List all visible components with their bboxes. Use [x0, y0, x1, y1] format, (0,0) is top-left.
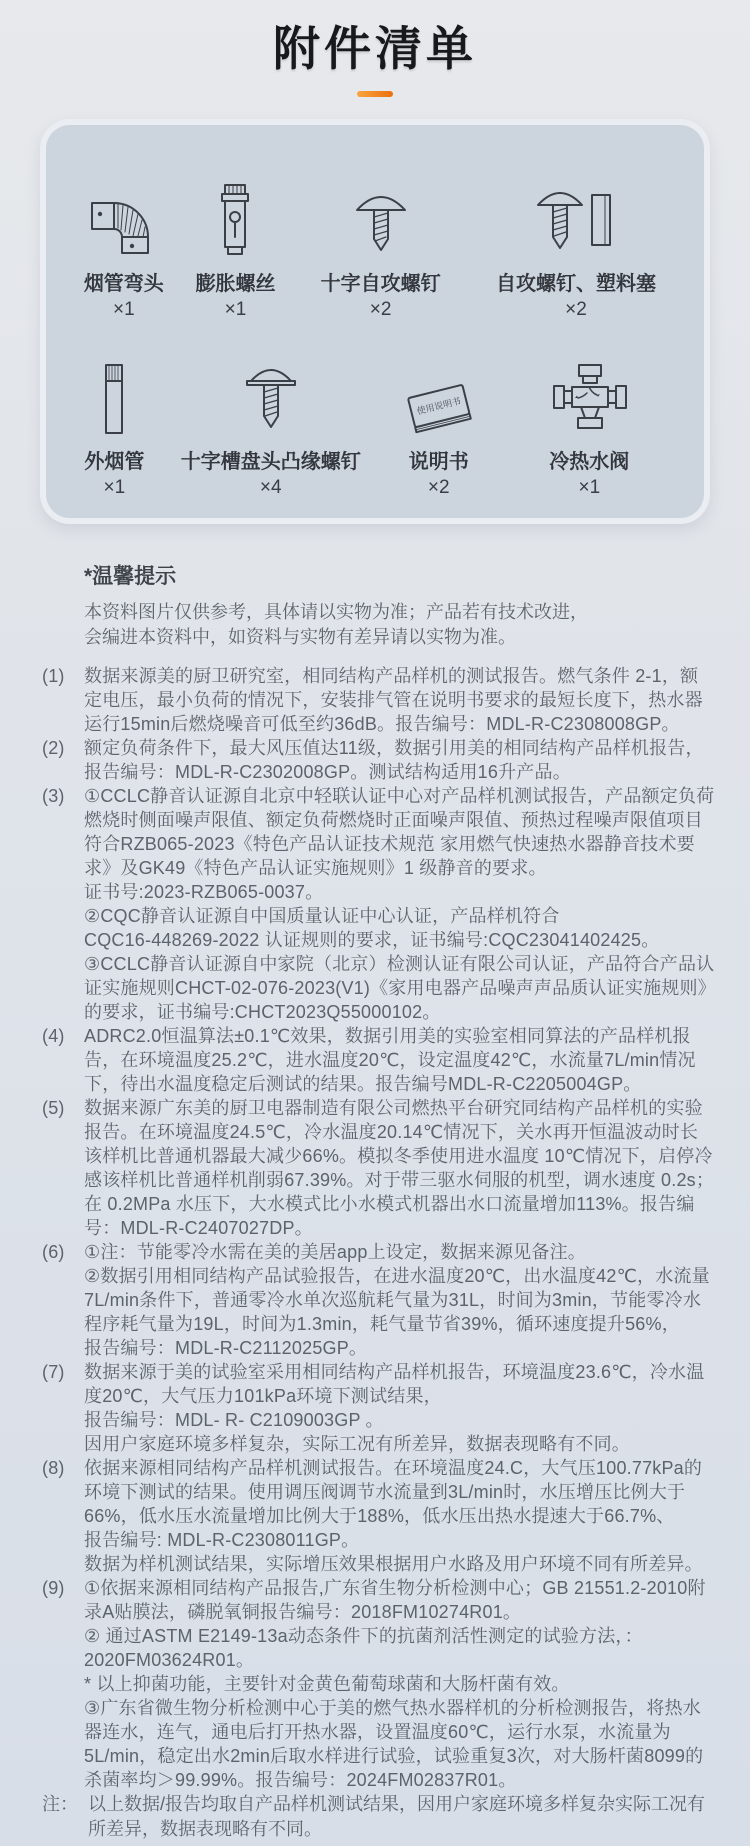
notes-list: (1) 数据来源美的厨卫研究室，相同结构产品样机的测试报告。燃气条件 2-1，额… — [42, 664, 716, 1792]
accessory-self-tapping-screw: 十字自攻螺钉 ×2 — [291, 163, 470, 323]
accessory-elbow-pipe: 烟管弯头 ×1 — [68, 163, 180, 323]
note-text: ①依据来源相同结构产品报告,广东省生物分析检测中心；GB 21551.2-201… — [84, 1576, 716, 1792]
outer-flue-pipe-icon — [90, 341, 138, 437]
accessory-label: 十字自攻螺钉 — [321, 271, 441, 297]
note-item-2: (2) 额定负荷条件下，最大风压值达11级，数据引用美的相同结构产品样机报告，报… — [42, 736, 716, 784]
accessory-label: 烟管弯头 — [84, 271, 164, 297]
title-accent-dash — [357, 91, 393, 97]
tips-intro: 本资料图片仅供参考，具体请以实物为准；产品若有技术改进， 会编进本资料中，如资料… — [84, 600, 712, 650]
accessory-label: 膨胀螺丝 — [195, 271, 275, 297]
accessory-outer-flue-pipe: 外烟管 ×1 — [68, 341, 161, 501]
note-item-4: (4) ADRC2.0恒温算法±0.1℃效果，数据引用美的实验室相同算法的产品样… — [42, 1024, 716, 1096]
manual-book-icon: 使用说明书 — [396, 341, 482, 437]
note-text: 数据来源于美的试验室采用相同结构产品样机报告，环境温度23.6℃，冷水温度20℃… — [84, 1360, 716, 1456]
accessory-flange-screw: 十字槽盘头凸缘螺钉 ×4 — [161, 341, 381, 501]
accessory-manual-book: 使用说明书 说明书 ×2 — [381, 341, 497, 501]
note-item-1: (1) 数据来源美的厨卫研究室，相同结构产品样机的测试报告。燃气条件 2-1，额… — [42, 664, 716, 736]
note-item-7: (7) 数据来源于美的试验室采用相同结构产品样机报告，环境温度23.6℃，冷水温… — [42, 1360, 716, 1456]
accessory-count: ×1 — [113, 297, 135, 323]
accessory-count: ×4 — [260, 475, 282, 501]
accessory-label: 冷热水阀 — [549, 449, 629, 475]
note-item-8: (8) 依据来源相同结构产品样机测试报告。在环境温度24.C，大气压100.77… — [42, 1456, 716, 1576]
self-tapping-screw-icon — [349, 163, 413, 259]
accessory-water-valve: 冷热水阀 ×1 — [497, 341, 682, 501]
note-text: 依据来源相同结构产品样机测试报告。在环境温度24.C，大气压100.77kPa的… — [84, 1456, 716, 1576]
accessory-count: ×2 — [565, 297, 587, 323]
accessories-row-1: 烟管弯头 ×1 膨胀螺丝 ×1 — [60, 145, 690, 323]
accessory-label: 外烟管 — [84, 449, 144, 475]
page-title: 附件清单 — [0, 0, 750, 79]
note-number: (3) — [42, 784, 84, 1024]
accessory-count: ×2 — [428, 475, 450, 501]
accessory-screw-and-plug: 自攻螺钉、塑料塞 ×2 — [470, 163, 682, 323]
note-text: 额定负荷条件下，最大风压值达11级，数据引用美的相同结构产品样机报告，报告编号：… — [84, 736, 716, 784]
footer-note: 注： 以上数据/报告均取自产品样机测试结果，因用户家庭环境多样复杂实际工况有所差… — [42, 1792, 716, 1842]
accessory-count: ×1 — [225, 297, 247, 323]
tips-heading: *温馨提示 — [84, 560, 712, 590]
expansion-bolt-icon — [205, 163, 265, 259]
note-number: (9) — [42, 1576, 84, 1792]
note-text: ①注：节能零冷水需在美的美居app上设定，数据来源见备注。 ②数据引用相同结构产… — [84, 1240, 716, 1360]
accessory-label: 说明书 — [409, 449, 469, 475]
note-number: (7) — [42, 1360, 84, 1456]
accessory-count: ×1 — [578, 475, 600, 501]
accessory-expansion-bolt: 膨胀螺丝 ×1 — [180, 163, 292, 323]
note-item-6: (6) ①注：节能零冷水需在美的美居app上设定，数据来源见备注。 ②数据引用相… — [42, 1240, 716, 1360]
accessory-label: 自攻螺钉、塑料塞 — [496, 271, 656, 297]
accessory-count: ×1 — [104, 475, 126, 501]
elbow-pipe-icon — [87, 163, 161, 259]
water-valve-icon — [551, 341, 627, 437]
accessory-label: 十字槽盘头凸缘螺钉 — [181, 449, 361, 475]
screw-and-plug-icon — [534, 163, 618, 259]
note-item-5: (5) 数据来源广东美的厨卫电器制造有限公司燃热平台研究同结构产品样机的实验报告… — [42, 1096, 716, 1240]
note-number: (5) — [42, 1096, 84, 1240]
note-item-9: (9) ①依据来源相同结构产品报告,广东省生物分析检测中心；GB 21551.2… — [42, 1576, 716, 1792]
accessories-row-2: 外烟管 ×1 十字槽盘头凸缘螺钉 ×4 — [60, 323, 690, 501]
note-number: (4) — [42, 1024, 84, 1096]
note-text: 数据来源美的厨卫研究室，相同结构产品样机的测试报告。燃气条件 2-1，额定电压，… — [84, 664, 716, 736]
note-item-3: (3) ①CCLC静音认证源自北京中轻联认证中心对产品样机测试报告，产品额定负荷… — [42, 784, 716, 1024]
note-text: ADRC2.0恒温算法±0.1℃效果，数据引用美的实验室相同算法的产品样机报告，… — [84, 1024, 716, 1096]
accessory-count: ×2 — [370, 297, 392, 323]
flange-screw-icon — [239, 341, 303, 437]
note-text: ①CCLC静音认证源自北京中轻联认证中心对产品样机测试报告，产品额定负荷燃烧时侧… — [84, 784, 716, 1024]
accessories-card: 烟管弯头 ×1 膨胀螺丝 ×1 — [40, 119, 710, 524]
note-number: (8) — [42, 1456, 84, 1576]
footer-note-text: 以上数据/报告均取自产品样机测试结果，因用户家庭环境多样复杂实际工况有所差异，数… — [88, 1792, 716, 1842]
note-number: (6) — [42, 1240, 84, 1360]
footer-note-label: 注： — [42, 1792, 88, 1842]
note-number: (1) — [42, 664, 84, 736]
note-text: 数据来源广东美的厨卫电器制造有限公司燃热平台研究同结构产品样机的实验报告。在环境… — [84, 1096, 716, 1240]
manual-cover-text: 使用说明书 — [415, 395, 461, 417]
note-number: (2) — [42, 736, 84, 784]
